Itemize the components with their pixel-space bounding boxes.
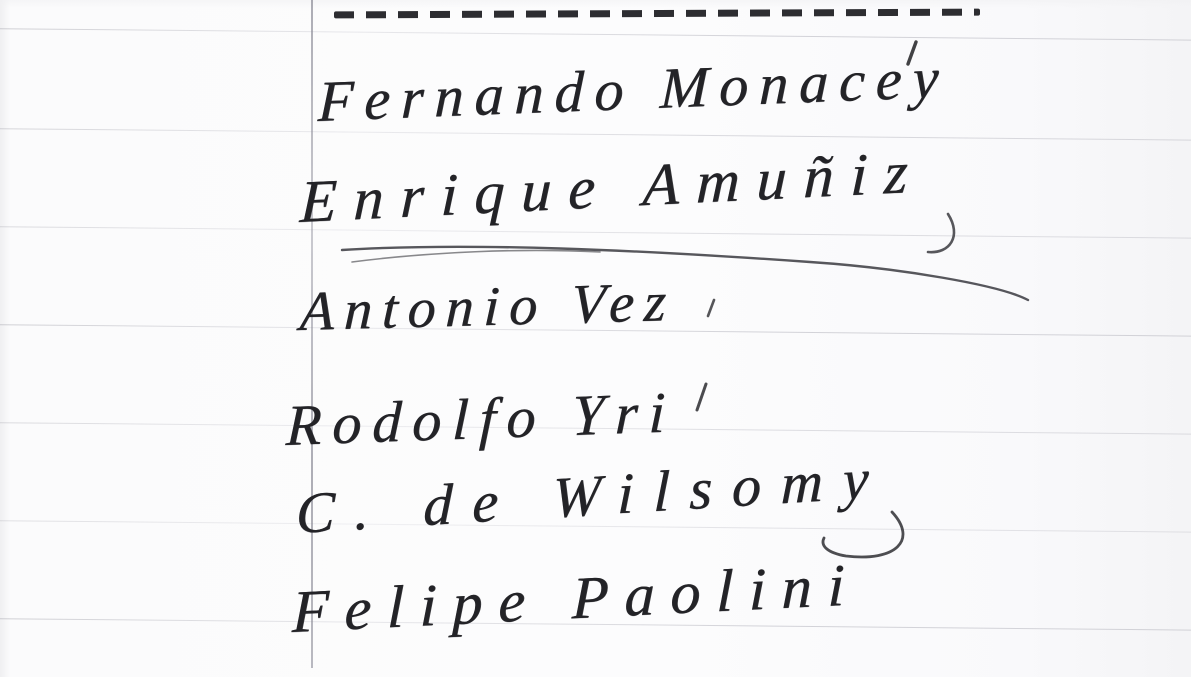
signature-text: Felipe Paolini [291,550,861,647]
signature-text: C. de Wilsomy [295,444,889,547]
signature-text: Enrique Amuñiz [299,137,926,237]
signature-text: Rodolfo Yri [285,378,677,459]
scanned-signature-page: Fernando Monacey Enrique Amuñiz Antonio … [0,0,1191,677]
ruled-line [0,226,1191,239]
ruled-line [0,128,1191,141]
ruled-line [0,28,1191,41]
signature-text: Antonio Vez [299,270,678,344]
top-dashed-tear-line [334,9,980,19]
signature-text: Fernando Monacey [317,44,950,135]
